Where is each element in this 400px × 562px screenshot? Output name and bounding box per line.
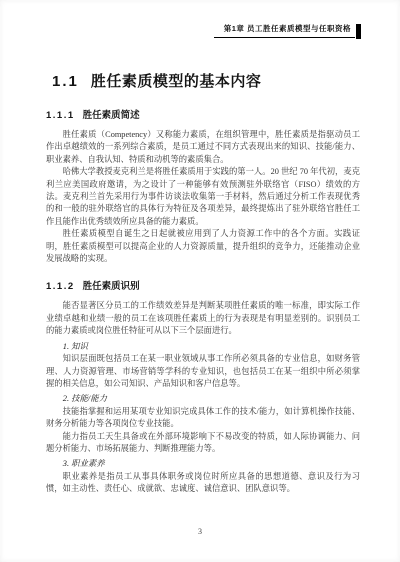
header-bar-decoration (356, 24, 361, 39)
paragraph: 知识层面既包括员工在某一职业领域从事工作所必须具备的专业信息，如财务管理、人力资… (46, 353, 360, 390)
subsection-number-112: 1.1.2 (46, 281, 75, 292)
paragraph: 胜任素质模型自诞生之日起就被应用到了人力资源工作中的各个方面。实践证明，胜任素质… (46, 228, 360, 265)
paragraph: 胜任素质（Competency）又称能力素质，在组织管理中，胜任素质是指驱动员工… (46, 129, 360, 166)
list-item-heading-1: 1. 知识 (46, 341, 360, 353)
subsection-number-111: 1.1.1 (46, 110, 75, 121)
paragraph: 能否显著区分员工的工作绩效差异是判断某项胜任素质的唯一标准，即实际工作业绩卓越和… (46, 300, 360, 337)
subsection-title-112: 1.1.2 胜任素质识别 (46, 278, 360, 292)
paragraph: 能力指员工天生具备或在外部环境影响下不易改变的特质，如人际协调能力、问题分析能力… (46, 431, 360, 456)
page-number: 3 (0, 527, 400, 536)
subsection-title-112-text: 胜任素质识别 (83, 278, 140, 292)
paragraph: 哈佛大学教授麦克利兰是将胜任素质用于实践的第一人。20 世纪 70 年代初，麦克… (46, 166, 360, 228)
section-title-text: 胜任素质模型的基本内容 (91, 70, 262, 91)
chapter-header-text: 第1章 员工胜任素质模型与任职资格 (214, 24, 355, 38)
paragraph: 职业素养是指员工从事具体职务或岗位时所应具备的思想道德、意识及行为习惯，如主动性… (46, 471, 360, 496)
page-content: 1.1 胜任素质模型的基本内容 1.1.1 胜任素质简述 胜任素质（Compet… (46, 64, 360, 496)
list-item-heading-3: 3. 职业素养 (46, 458, 360, 470)
document-page: 第1章 员工胜任素质模型与任职资格 1.1 胜任素质模型的基本内容 1.1.1 … (0, 0, 400, 562)
subsection-title-111: 1.1.1 胜任素质简述 (46, 107, 360, 121)
section-number: 1.1 (52, 73, 79, 90)
paragraph: 技能指掌握和运用某项专业知识完成具体工作的技术/能力，如计算机操作技能、财务分析… (46, 406, 360, 431)
subsection-title-111-text: 胜任素质简述 (83, 107, 140, 121)
list-item-heading-2: 2. 技能/能力 (46, 393, 360, 405)
section-title: 1.1 胜任素质模型的基本内容 (52, 70, 360, 91)
running-header: 第1章 员工胜任素质模型与任职资格 (214, 24, 361, 38)
